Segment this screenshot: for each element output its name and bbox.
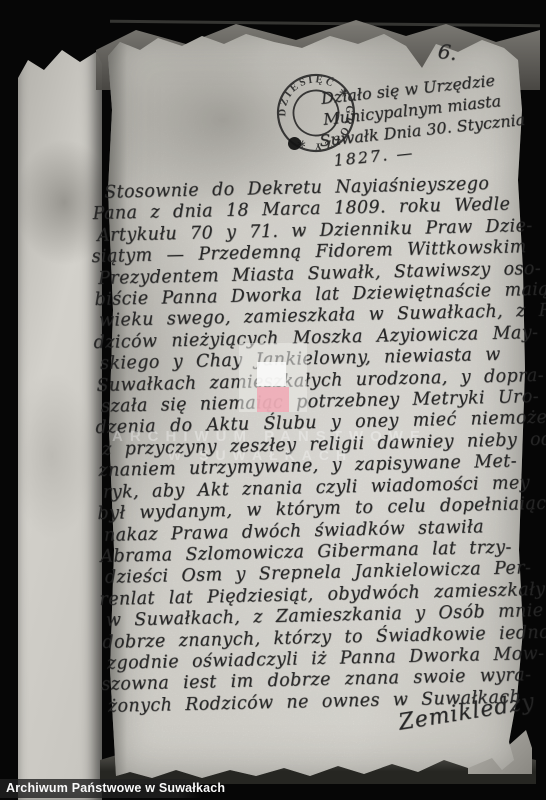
- previous-page-edge: [18, 34, 102, 800]
- ink-blot: [288, 137, 301, 150]
- handwritten-body: Stosownie do Dekretu NayiaśnieyszegoPana…: [92, 172, 546, 718]
- archive-watermark-line2: W SUWAŁKACH: [168, 447, 353, 463]
- archive-watermark-line1: ARCHIWUM PAŃSTWOWE: [112, 428, 427, 445]
- annotation-highlight-white: [257, 362, 286, 386]
- annotation-highlight-pink: [257, 387, 289, 412]
- archive-watermark-bar: Archiwum Państwowe w Suwałkach: [0, 779, 202, 798]
- page-number-note: 6.: [437, 39, 459, 65]
- book-edge-line: [110, 20, 540, 28]
- archival-document-scan: 6. DZIESIĘĆ ✳ GROSZY ✳ Działo się w Urzę…: [0, 0, 546, 800]
